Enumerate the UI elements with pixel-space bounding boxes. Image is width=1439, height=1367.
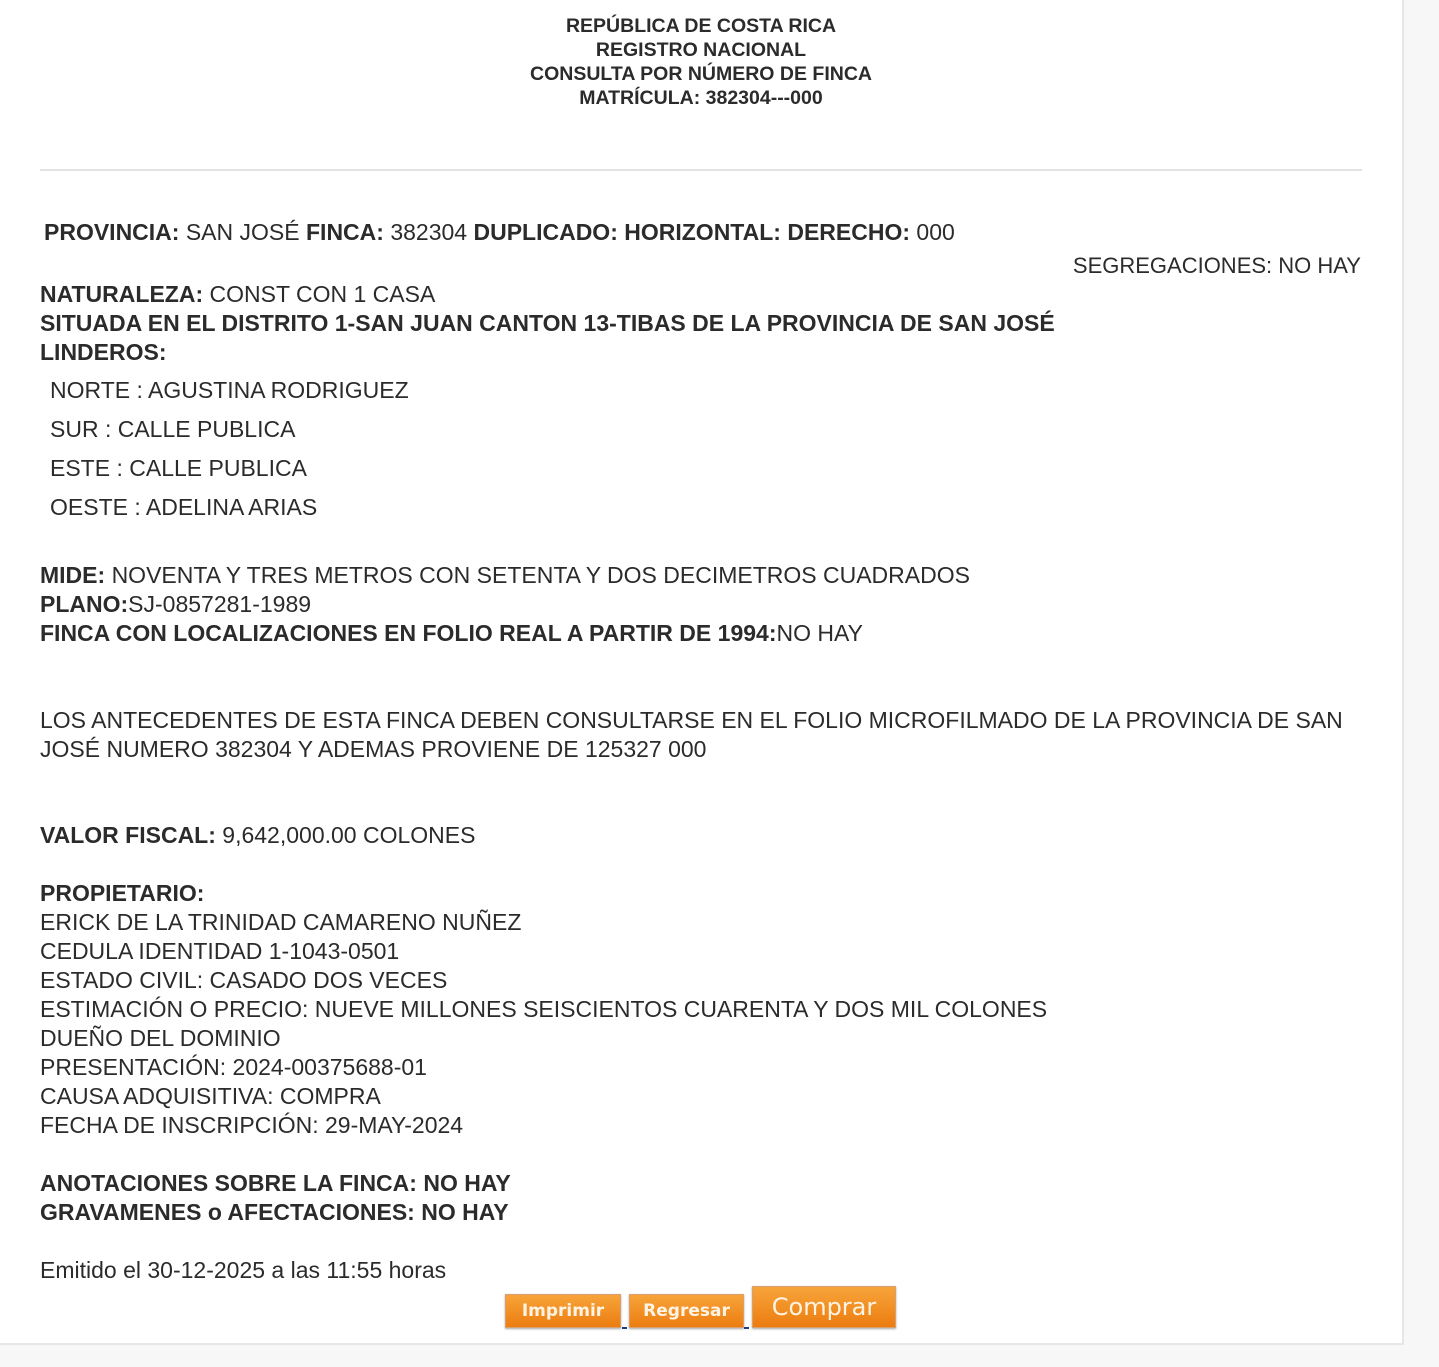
lindero-oeste: OESTE : ADELINA ARIAS: [50, 493, 317, 522]
propietario-cedula: CEDULA IDENTIDAD 1-1043-0501: [40, 937, 399, 966]
mide-label: MIDE:: [40, 562, 105, 588]
header-country: REPÚBLICA DE COSTA RICA: [0, 14, 1402, 38]
naturaleza-label: NATURALEZA:: [40, 281, 203, 307]
propietario-presentacion: PRESENTACIÓN: 2024-00375688-01: [40, 1053, 427, 1082]
naturaleza: NATURALEZA: CONST CON 1 CASA: [40, 280, 435, 309]
horizontal-label: HORIZONTAL:: [624, 219, 781, 245]
document-page: REPÚBLICA DE COSTA RICA REGISTRO NACIONA…: [0, 0, 1404, 1345]
duplicado-label: DUPLICADO:: [473, 219, 617, 245]
emitido: Emitido el 30-12-2025 a las 11:55 horas: [40, 1256, 446, 1285]
localizaciones-label: FINCA CON LOCALIZACIONES EN FOLIO REAL A…: [40, 620, 776, 646]
back-button[interactable]: Regresar: [629, 1294, 744, 1328]
anotaciones: ANOTACIONES SOBRE LA FINCA: NO HAY: [40, 1169, 511, 1198]
valor-fiscal: VALOR FISCAL: 9,642,000.00 COLONES: [40, 821, 475, 850]
valor-fiscal-label: VALOR FISCAL:: [40, 822, 216, 848]
propietario-estado-civil: ESTADO CIVIL: CASADO DOS VECES: [40, 966, 447, 995]
mide: MIDE: NOVENTA Y TRES METROS CON SETENTA …: [40, 561, 970, 590]
propietario-dominio: DUEÑO DEL DOMINIO: [40, 1024, 281, 1053]
valor-fiscal-value: 9,642,000.00 COLONES: [222, 822, 475, 848]
provincia-label: PROVINCIA:: [44, 219, 179, 245]
print-button[interactable]: Imprimir: [505, 1294, 621, 1328]
antecedentes-line-1: LOS ANTECEDENTES DE ESTA FINCA DEBEN CON…: [40, 706, 1343, 735]
identification-line: PROVINCIA: SAN JOSÉ FINCA: 382304 DUPLIC…: [44, 218, 955, 247]
header-registry: REGISTRO NACIONAL: [0, 38, 1402, 62]
lindero-norte: NORTE : AGUSTINA RODRIGUEZ: [50, 376, 409, 405]
link-underline: [744, 1327, 749, 1329]
finca-value: 382304: [390, 219, 467, 245]
link-underline: [622, 1327, 627, 1329]
lindero-este: ESTE : CALLE PUBLICA: [50, 454, 307, 483]
header-matricula: MATRÍCULA: 382304---000: [0, 86, 1402, 110]
propietario-estimacion: ESTIMACIÓN O PRECIO: NUEVE MILLONES SEIS…: [40, 995, 1047, 1024]
propietario-label: PROPIETARIO:: [40, 879, 204, 908]
antecedentes-line-2: JOSÉ NUMERO 382304 Y ADEMAS PROVIENE DE …: [40, 735, 706, 764]
plano-label: PLANO:: [40, 591, 128, 617]
derecho-label: DERECHO:: [787, 219, 910, 245]
localizaciones-value: NO HAY: [776, 620, 862, 646]
situada: SITUADA EN EL DISTRITO 1-SAN JUAN CANTON…: [40, 309, 1055, 338]
propietario-fecha-inscripcion: FECHA DE INSCRIPCIÓN: 29-MAY-2024: [40, 1111, 463, 1140]
propietario-nombre: ERICK DE LA TRINIDAD CAMARENO NUÑEZ: [40, 908, 521, 937]
buy-button[interactable]: Comprar: [752, 1286, 896, 1328]
header-query-type: CONSULTA POR NÚMERO DE FINCA: [0, 62, 1402, 86]
derecho-value: 000: [916, 219, 954, 245]
document-header: REPÚBLICA DE COSTA RICA REGISTRO NACIONA…: [0, 14, 1402, 110]
propietario-causa: CAUSA ADQUISITIVA: COMPRA: [40, 1082, 381, 1111]
lindero-sur: SUR : CALLE PUBLICA: [50, 415, 295, 444]
provincia-value: SAN JOSÉ: [186, 219, 300, 245]
divider: [40, 169, 1362, 171]
naturaleza-value: CONST CON 1 CASA: [210, 281, 436, 307]
gravamenes: GRAVAMENES o AFECTACIONES: NO HAY: [40, 1198, 509, 1227]
plano: PLANO:SJ-0857281-1989: [40, 590, 311, 619]
plano-value: SJ-0857281-1989: [128, 591, 311, 617]
mide-value: NOVENTA Y TRES METROS CON SETENTA Y DOS …: [112, 562, 970, 588]
localizaciones: FINCA CON LOCALIZACIONES EN FOLIO REAL A…: [40, 619, 863, 648]
linderos-label: LINDEROS:: [40, 338, 167, 367]
finca-label: FINCA:: [306, 219, 384, 245]
segregaciones: SEGREGACIONES: NO HAY: [1073, 251, 1361, 280]
